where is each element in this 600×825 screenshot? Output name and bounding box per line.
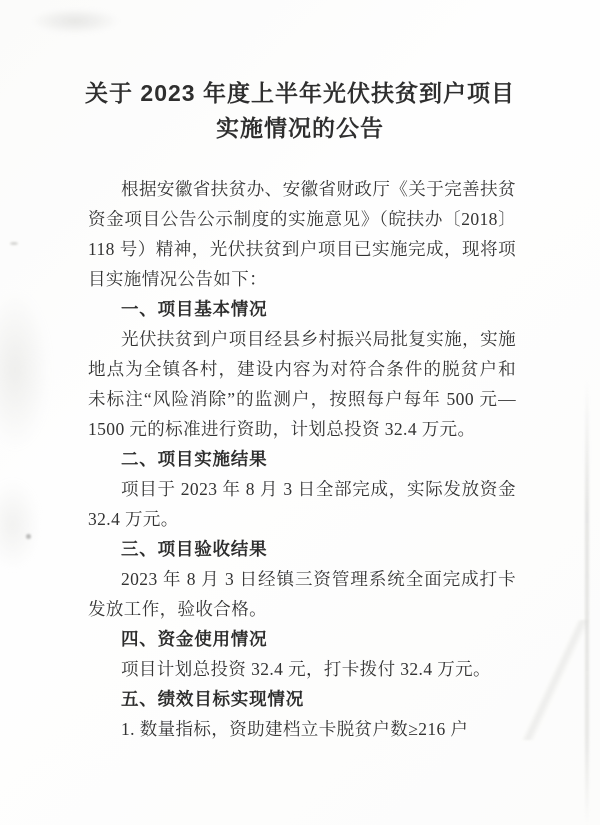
scan-smudge [0,290,50,450]
section-heading-3: 三、项目验收结果 [88,534,516,564]
document-title-line2: 实施情况的公告 [0,111,600,146]
section-heading-2: 二、项目实施结果 [88,444,516,474]
section-5-paragraph: 1. 数量指标，资助建档立卡脱贫户数≥216 户 [88,714,516,744]
section-heading-5: 五、绩效目标实现情况 [88,684,516,714]
scan-speck [26,534,31,539]
section-heading-4: 四、资金使用情况 [88,624,516,654]
section-2-paragraph: 项目于 2023 年 8 月 3 日全部完成，实际发放资金 32.4 万元。 [88,474,516,534]
scan-smudge [0,480,40,570]
section-heading-1: 一、项目基本情况 [88,294,516,324]
section-3-paragraph: 2023 年 8 月 3 日经镇三资管理系统全面完成打卡发放工作，验收合格。 [88,564,516,624]
document-title: 关于 2023 年度上半年光伏扶贫到户项目 实施情况的公告 [0,0,600,146]
document-title-line1: 关于 2023 年度上半年光伏扶贫到户项目 [0,76,600,111]
scanned-document-page: 关于 2023 年度上半年光伏扶贫到户项目 实施情况的公告 根据安徽省扶贫办、安… [0,0,600,825]
section-4-paragraph: 项目计划总投资 32.4 元，打卡拨付 32.4 万元。 [88,654,516,684]
intro-paragraph: 根据安徽省扶贫办、安徽省财政厅《关于完善扶贫资金项目公告公示制度的实施意见》（皖… [88,174,516,294]
scan-speck [10,242,18,245]
document-body: 根据安徽省扶贫办、安徽省财政厅《关于完善扶贫资金项目公告公示制度的实施意见》（皖… [88,174,516,744]
scan-streak [585,380,589,825]
scan-streak [520,620,590,740]
section-1-paragraph: 光伏扶贫到户项目经县乡村振兴局批复实施，实施地点为全镇各村，建设内容为对符合条件… [88,324,516,444]
